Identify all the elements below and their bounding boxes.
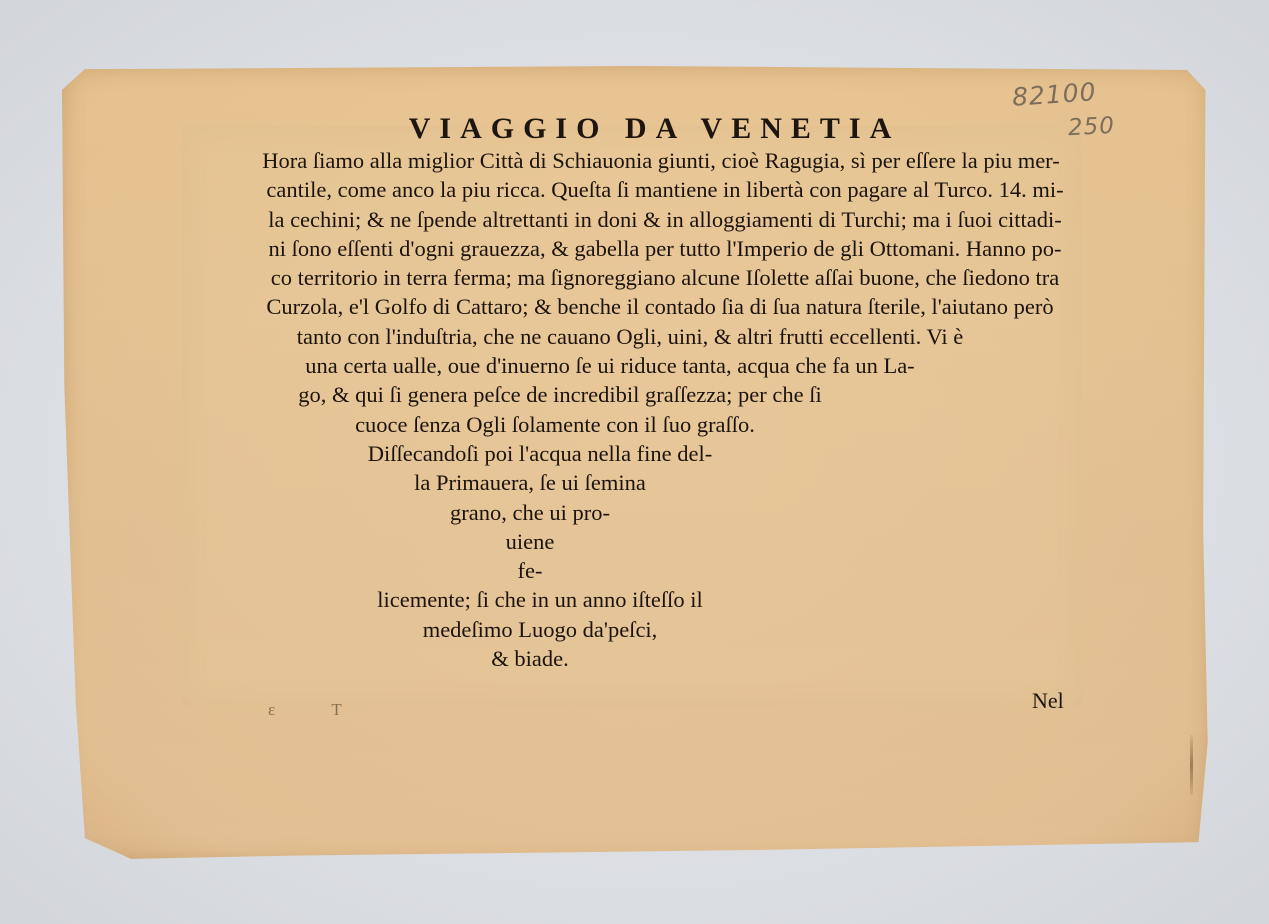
text-line: cantile, come anco la piu ricca. Queſta … [210,175,1120,204]
text-line: fe- [210,556,850,585]
text-line: Hora ſiamo alla miglior Città di Schiauo… [202,146,1120,175]
body-text: Hora ſiamo alla miglior Città di Schiauo… [150,146,1120,673]
catchword: Nel [1032,688,1064,714]
text-line: ni ſono eſſenti d'ogni grauezza, & gabel… [210,234,1120,263]
page-title: VIAGGIO DA VENETIA [0,112,1269,146]
text-line: go, & qui ſi genera peſce de incredibil … [210,380,910,409]
text-line: la Primauera, ſe ui ſemina [210,468,850,497]
text-line: & biade. [210,644,850,673]
text-line: Curzola, e'l Golfo di Cattaro; & benche … [200,292,1120,321]
text-line: uiene [210,527,850,556]
text-line: una certa ualle, oue d'inuerno ſe ui rid… [210,351,1010,380]
pencil-note-inventory: 82100 [1011,77,1097,112]
text-line: tanto con l'induſtria, che ne cauano Ogl… [200,322,1060,351]
edge-stain [1190,735,1193,795]
text-line: la cechini; & ne ſpende altrettanti in d… [210,205,1120,234]
text-line: medeſimo Luogo da'peſci, [210,615,870,644]
text-line: cuoce ſenza Ogli ſolamente con il ſuo gr… [210,410,900,439]
text-line: licemente; ſi che in un anno iſteſſo il [210,585,870,614]
signature-mark: ε T [268,700,368,720]
text-line: Diſſecandoſi poi l'acqua nella fine del- [210,439,870,468]
text-line: grano, che ui pro- [210,498,850,527]
text-line: co territorio in terra ferma; ma ſignore… [210,263,1120,292]
